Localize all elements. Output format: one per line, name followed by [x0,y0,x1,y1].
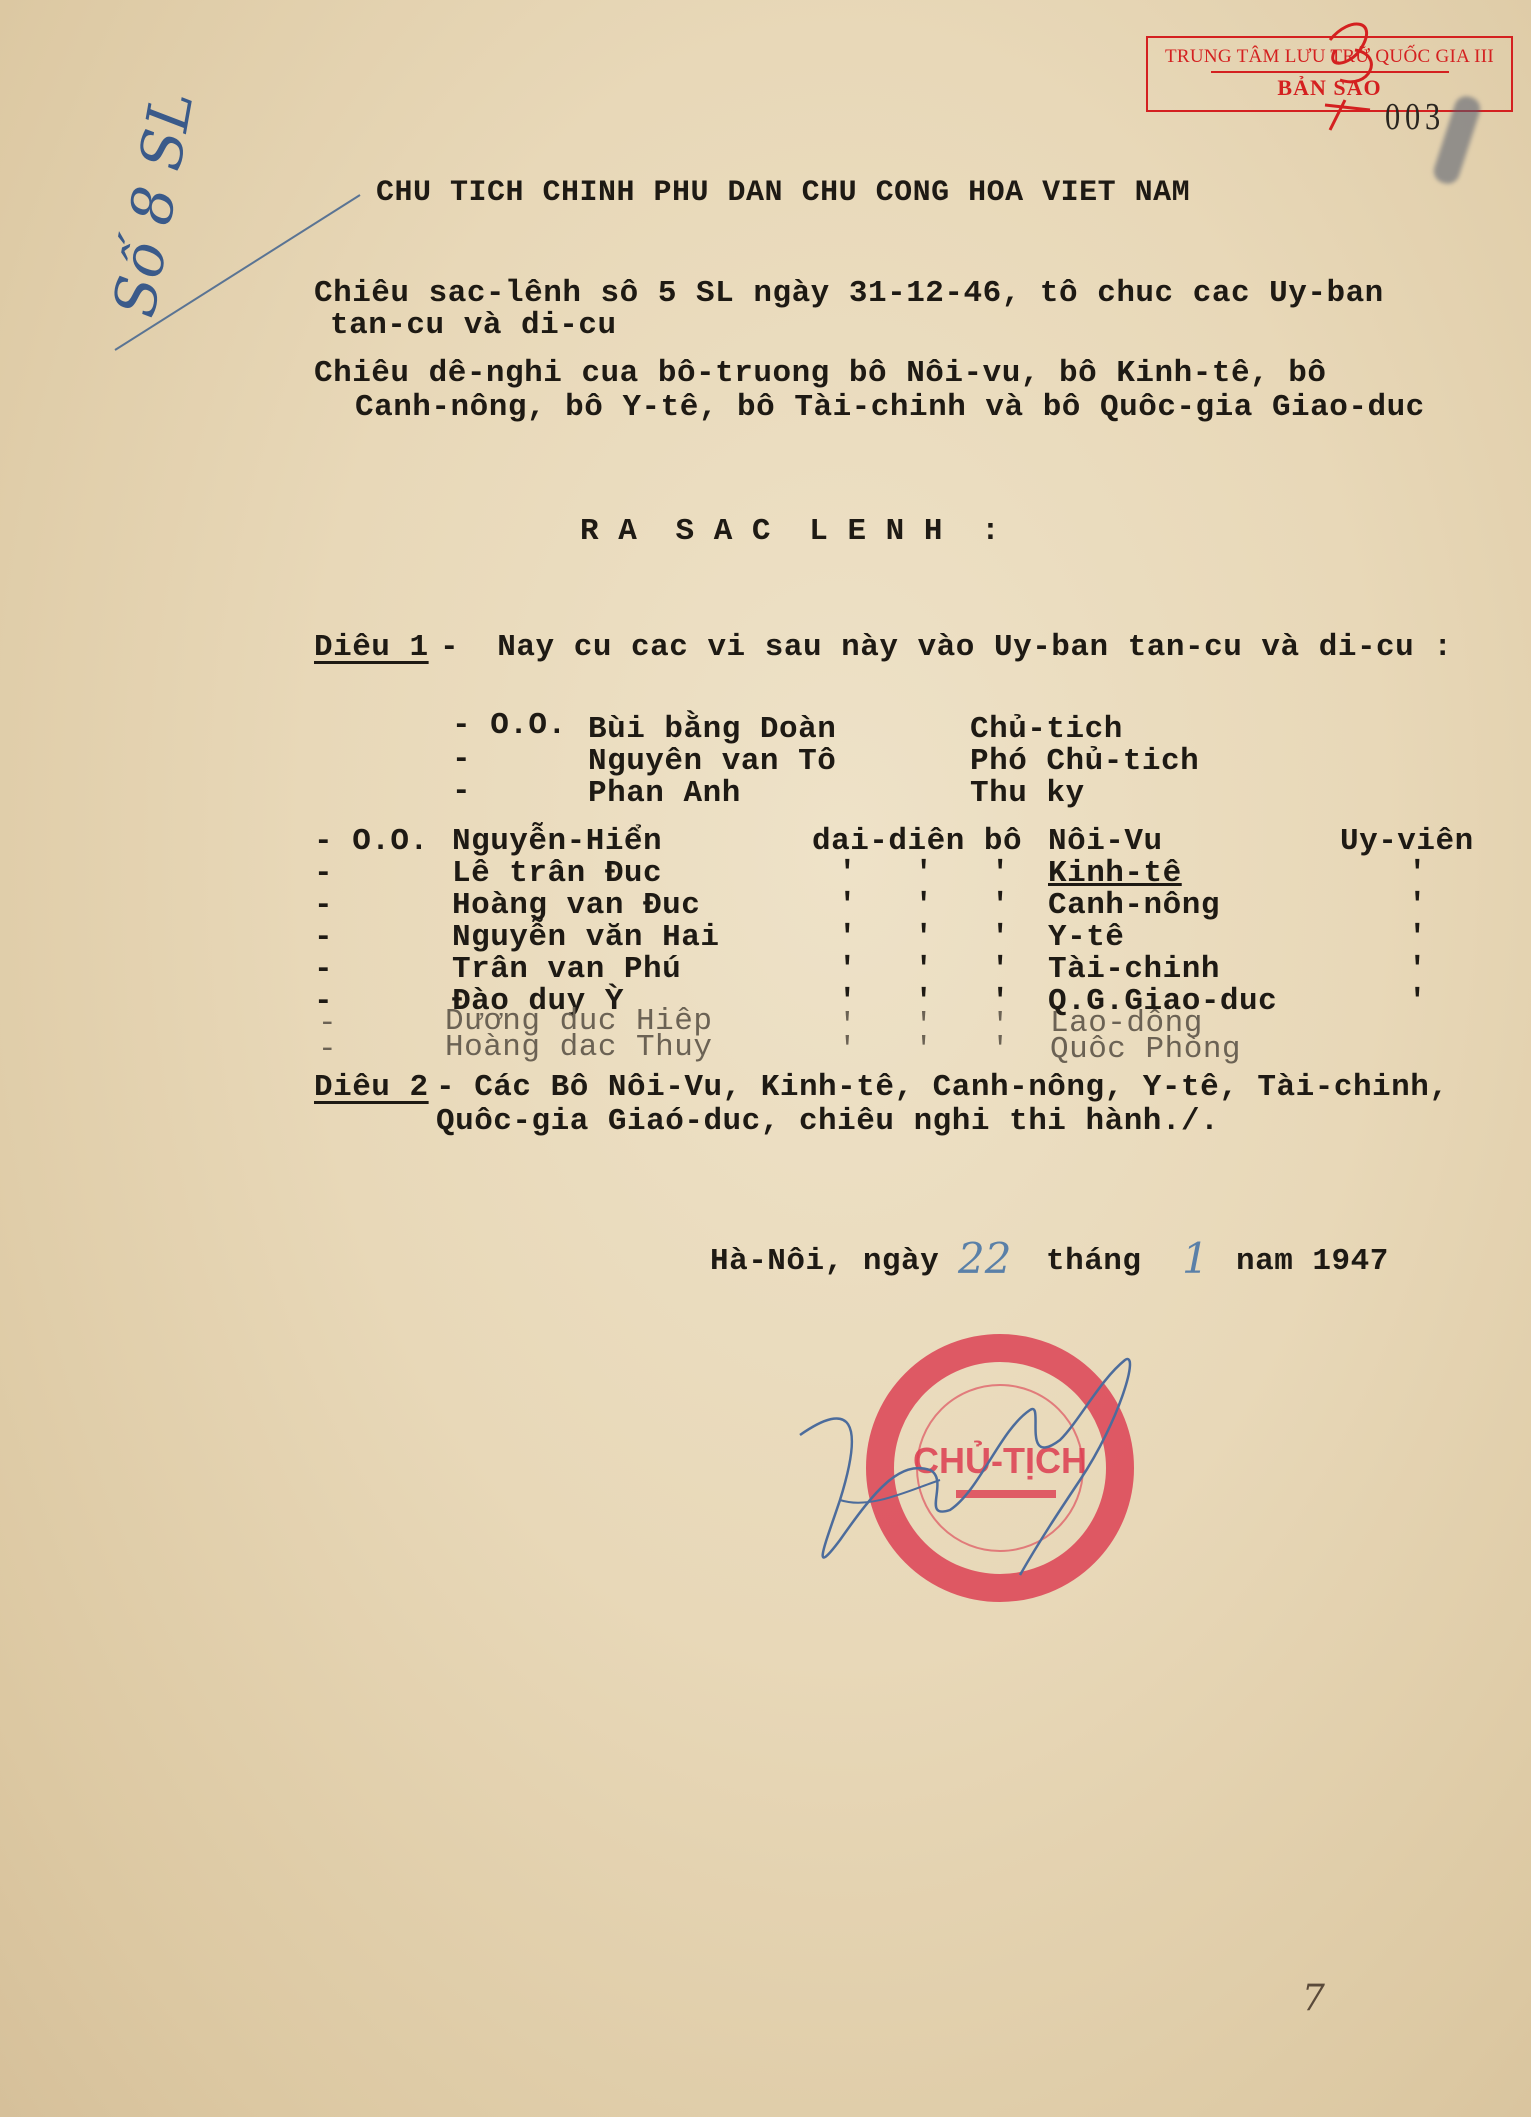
member-0-rep: dai-diên bô [812,824,1022,859]
officer-3-role: Thu ky [970,776,1085,811]
preamble-1-line-1: Chiêu sac-lênh sô 5 SL ngày 31-12-46, tô… [314,276,1384,311]
member-2-name: Hoàng van Đuc [452,888,700,923]
member-3-ministry: Y-tê [1048,920,1124,955]
dateline-year: nam 1947 [1236,1244,1389,1279]
member-3-ditto: ' ' ' [838,920,1010,955]
dateline-place: Hà-Nôi, ngày [710,1244,939,1279]
article-1-text: - Nay cu cac vi sau này vào Uy-ban tan-c… [440,630,1452,665]
member-2-ministry: Canh-nông [1048,888,1220,923]
article-2-line-1: - Các Bô Nôi-Vu, Kinh-tê, Canh-nông, Y-t… [436,1070,1448,1105]
added-member-2-ditto: ' ' ' [838,1032,1010,1067]
member-2-ditto: ' ' ' [838,888,1010,923]
dateline-day: 22 [958,1234,1011,1283]
member-1-title: ' [1408,856,1427,891]
added-member-2-name: Hoàng dac Thuy [445,1030,712,1065]
member-4-name: Trân van Phú [452,952,681,987]
member-3-name: Nguyễn văn Hai [452,920,719,955]
member-4-title: ' [1408,952,1427,987]
officer-2-prefix: - [452,742,471,777]
red-initials-icon [1290,10,1400,140]
officer-3-prefix: - [452,774,471,809]
footer-mark: 7 [1302,1978,1325,2019]
preamble-2-line-1: Chiêu dê-nghi cua bô-truong bô Nôi-vu, b… [314,356,1326,391]
dateline-month-label: tháng [1046,1244,1142,1279]
article-2-label: Diêu 2 [314,1070,429,1105]
member-0-name: Nguyễn-Hiển [452,824,662,859]
article-1-label: Diêu 1 [314,630,429,665]
article-2-line-2: Quôc-gia Giaó-duc, chiêu nghi thi hành./… [436,1104,1219,1139]
officer-2-role: Phó Chủ-tich [970,744,1199,779]
member-1-ministry: Kinh-tê [1048,856,1182,891]
dateline-month: 1 [1182,1234,1209,1283]
member-4-ditto: ' ' ' [838,952,1010,987]
member-4-ministry: Tài-chinh [1048,952,1220,987]
signature-icon [780,1340,1180,1610]
member-2-title: ' [1408,888,1427,923]
decree-title: R A S A C L E N H : [580,514,1000,549]
member-1-ditto: ' ' ' [838,856,1010,891]
member-0-title: Uy-viên [1340,824,1474,859]
officer-3-name: Phan Anh [588,776,741,811]
officer-2-name: Nguyên van Tô [588,744,836,779]
member-5-title: ' [1408,984,1427,1019]
member-1-name: Lê trân Đuc [452,856,662,891]
members-prefix: - O.O. [314,824,429,859]
added-member-2-ministry: Quôc Phòng [1050,1032,1241,1067]
preamble-2-line-2: Canh-nông, bô Y-tê, bô Tài-chinh và bô Q… [355,390,1425,425]
preamble-1-line-2: tan-cu và di-cu [330,308,617,343]
officer-1-role: Chủ-tich [970,712,1123,747]
page-number: 003 [1385,95,1445,139]
member-3-title: ' [1408,920,1427,955]
document-header: CHU TICH CHINH PHU DAN CHU CONG HOA VIET… [376,176,1190,210]
member-0-ministry: Nôi-Vu [1048,824,1163,859]
document-page: TRUNG TÂM LƯU TRỮ QUỐC GIA III BẢN SAO 0… [0,0,1531,2117]
officer-1-name: Bùi bằng Doàn [588,712,836,747]
officer-1-prefix: - O.O. [452,708,567,743]
